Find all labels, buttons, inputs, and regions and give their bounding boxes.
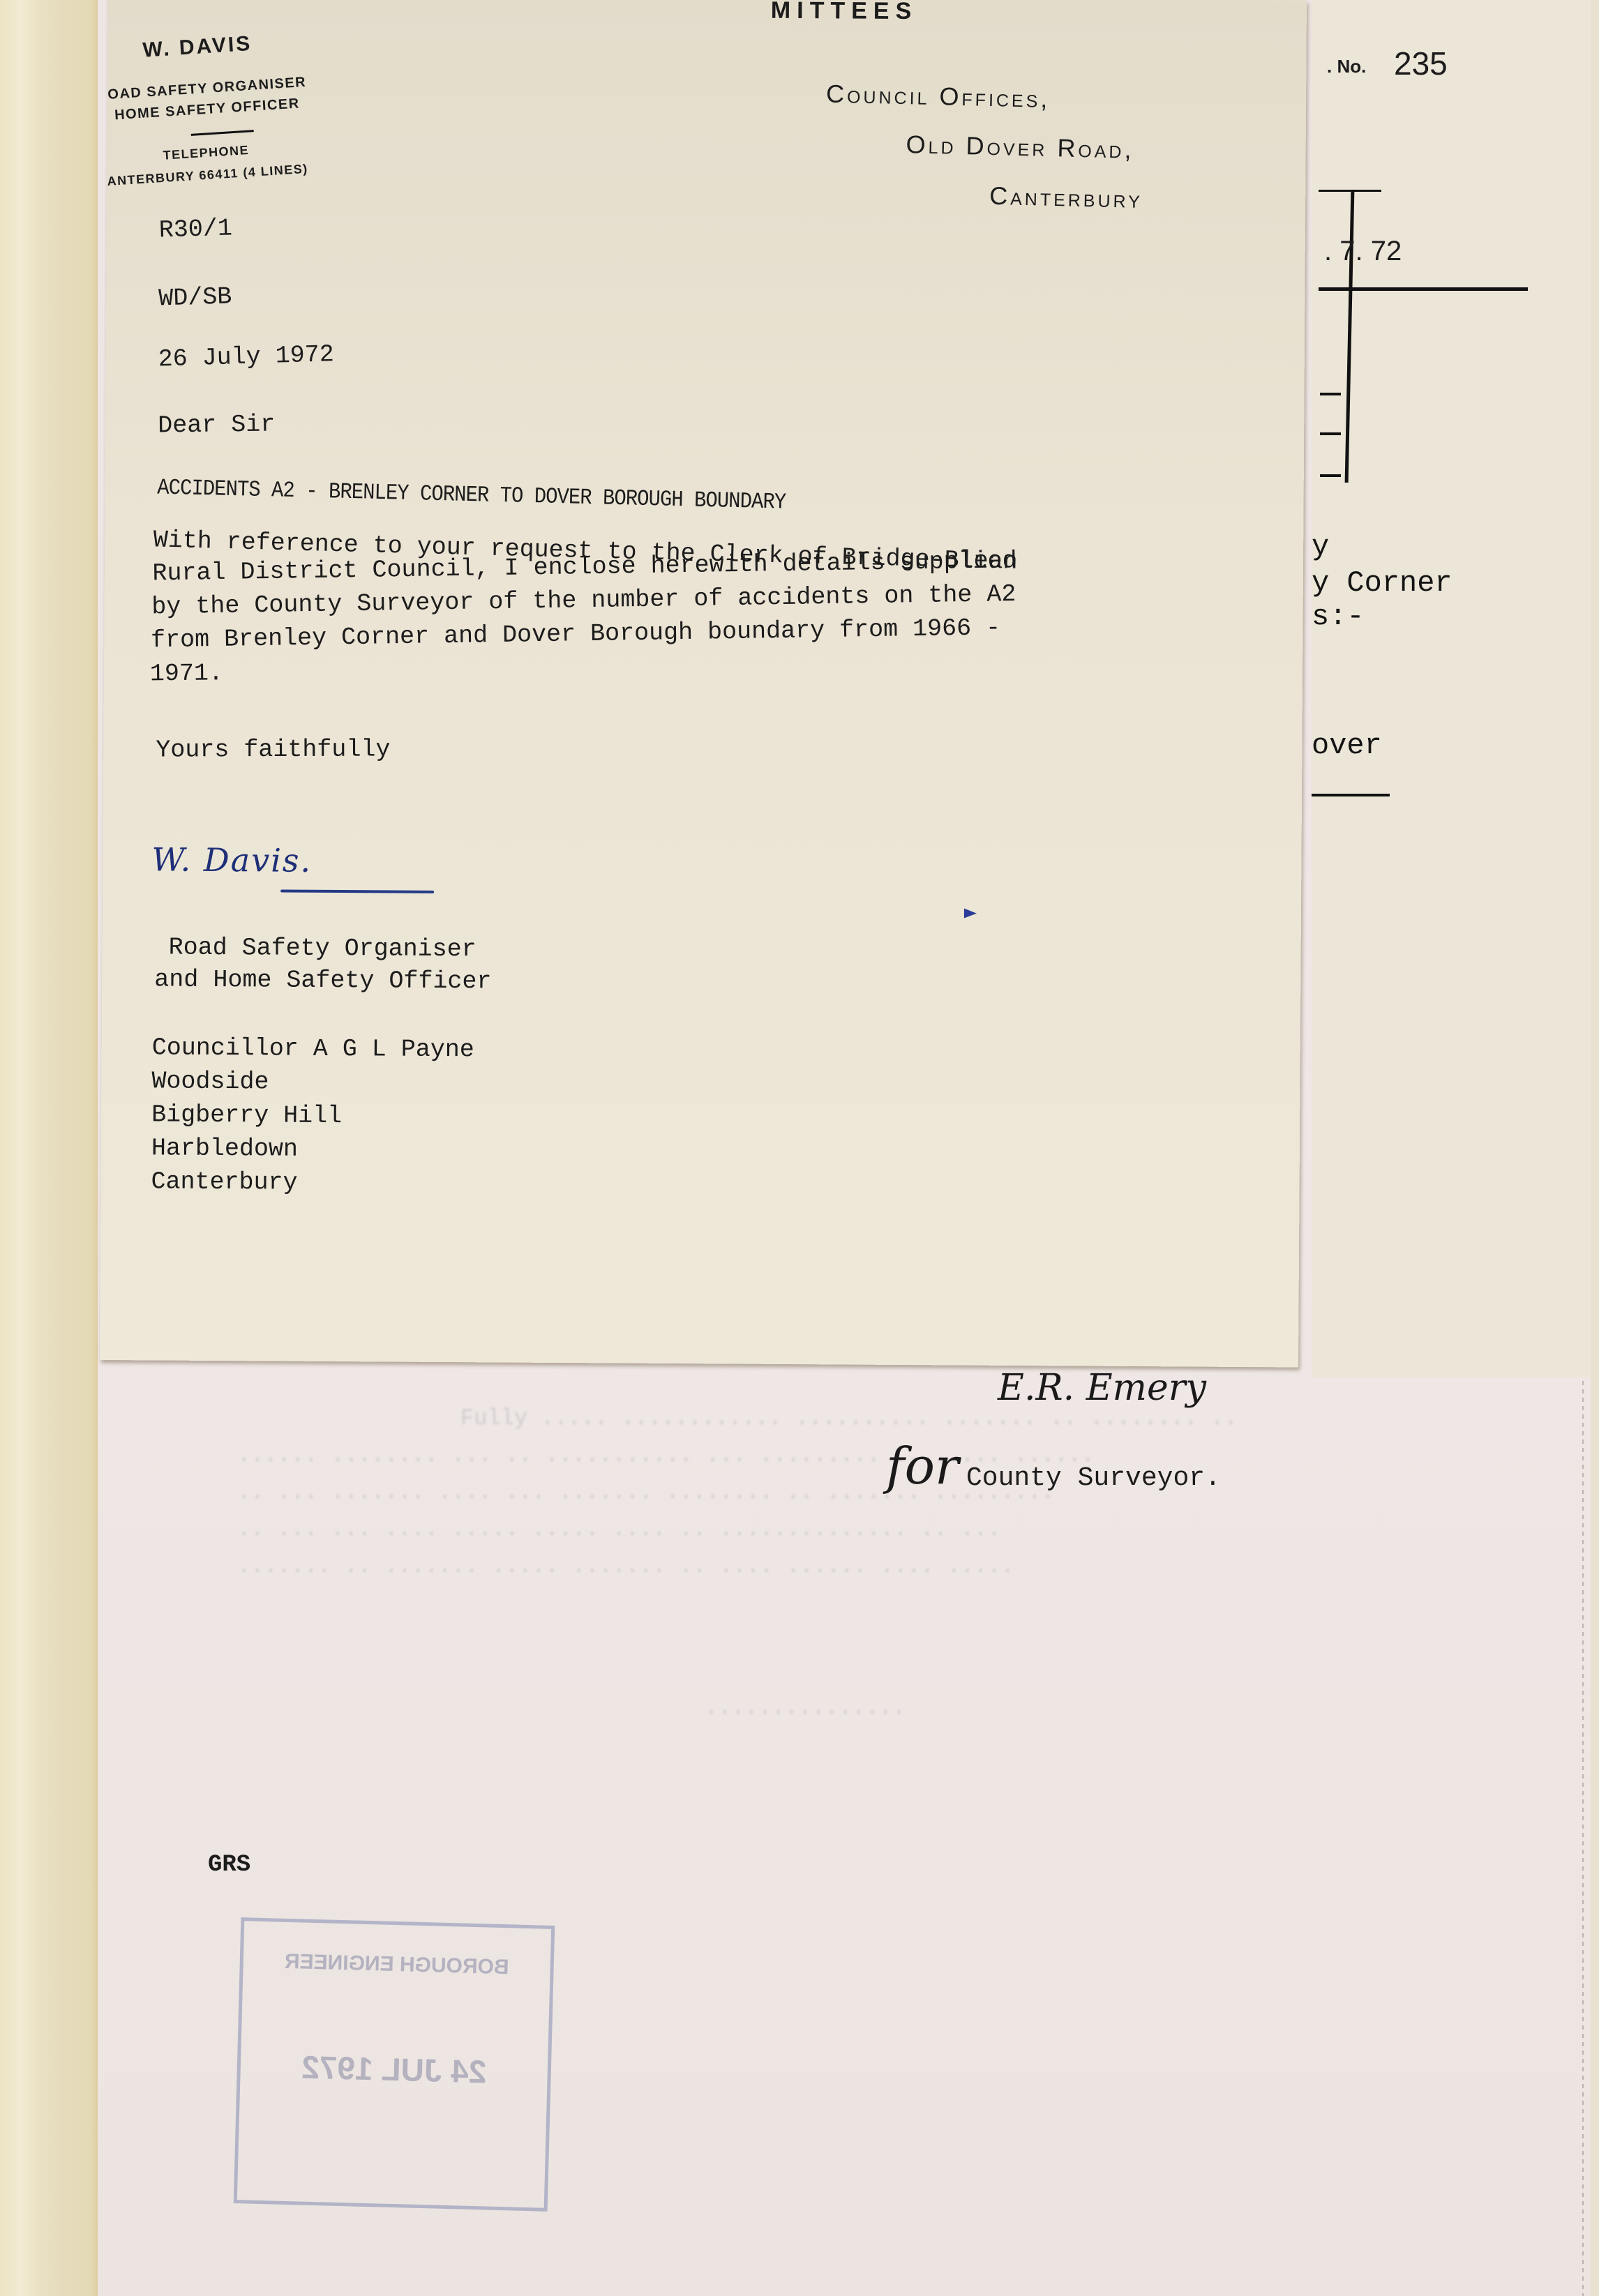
salutation: Dear Sir — [158, 411, 275, 440]
date-fragment: . 7. 72 — [1324, 236, 1402, 267]
signature-underline — [280, 890, 434, 893]
form-rule — [1319, 287, 1528, 291]
recipient-line: Canterbury — [151, 1165, 473, 1200]
letter-sheet: MITTEES W. DAVIS OAD SAFETY ORGANISER HO… — [100, 0, 1307, 1367]
initials: GRS — [208, 1852, 250, 1878]
form-rule — [1320, 474, 1341, 477]
stamp-text-line2: 24 JUL 1972 — [240, 2046, 548, 2092]
show-through-text: ............... — [705, 1695, 906, 1721]
ink-mark — [964, 909, 977, 919]
received-date-stamp: BOROUGH ENGINEER 24 JUL 1972 — [234, 1917, 555, 2212]
text-fragment: over — [1312, 729, 1382, 762]
letterhead-sender-name: W. DAVIS — [142, 32, 253, 63]
recipient-line: Bigberry Hill — [151, 1098, 474, 1133]
recipient-line: Woodside — [151, 1064, 474, 1100]
letter-body: With reference to your request to the Cl… — [149, 523, 1130, 715]
letterhead-address-line3: Canterbury — [989, 181, 1143, 214]
recipient-address: Councillor A G L Payne Woodside Bigberry… — [151, 1031, 474, 1200]
reference-2: WD/SB — [158, 282, 232, 312]
form-rule — [1320, 393, 1341, 395]
letterhead-top-fragment: MITTEES — [771, 0, 918, 25]
middle-sheet: . No. 235 . 7. 72 y y Corner s:- over — [1312, 0, 1591, 1377]
binder-edge — [0, 0, 112, 2296]
letterhead-divider — [191, 130, 254, 136]
recipient-line: Harbledown — [151, 1131, 474, 1167]
text-fragment: y Corner — [1312, 566, 1452, 600]
recipient-line: Councillor A G L Payne — [152, 1031, 474, 1066]
form-rule — [1320, 432, 1341, 435]
form-rule — [1345, 190, 1355, 483]
show-through-text: ....... .. ....... ..... ....... .. ....… — [237, 1553, 1014, 1579]
closing: Yours faithfully — [156, 736, 390, 764]
show-through-text: Fully ..... ............ .......... ....… — [460, 1405, 1238, 1431]
text-fragment: y — [1312, 530, 1329, 564]
county-surveyor-label: County Surveyor. — [966, 1463, 1221, 1493]
reference-1: R30/1 — [158, 214, 232, 244]
handwritten-signature: W. Davis. — [151, 840, 312, 879]
surveyor-signature: E.R. Emery — [998, 1367, 1206, 1409]
signatory-title-line2: and Home Safety Officer — [154, 963, 491, 997]
letterhead-address-line2: Old Dover Road, — [906, 130, 1134, 165]
show-through-text: .. ... ... .... ..... ..... .... .. ....… — [237, 1516, 1001, 1542]
reference-number-label: . No. — [1327, 56, 1366, 77]
signatory-title-line1: Road Safety Organiser — [155, 931, 492, 965]
form-rule — [1319, 190, 1381, 192]
letterhead-address-line1: Council Offices, — [826, 79, 1051, 114]
stamp-text-line1: BOROUGH ENGINEER — [243, 1949, 550, 1981]
letter-date: 26 July 1972 — [158, 340, 334, 373]
telephone-label: TELEPHONE — [163, 143, 250, 163]
letter-subject: ACCIDENTS A2 - BRENLEY CORNER TO DOVER B… — [157, 474, 786, 515]
underline-rule — [1312, 794, 1390, 796]
for-annotation: for — [886, 1437, 959, 1495]
signatory-title: Road Safety Organiser and Home Safety Of… — [154, 931, 492, 997]
reference-number-value: 235 — [1394, 45, 1448, 82]
text-fragment: s:- — [1312, 600, 1365, 633]
telephone-value: ANTERBURY 66411 (4 LINES) — [107, 162, 308, 189]
